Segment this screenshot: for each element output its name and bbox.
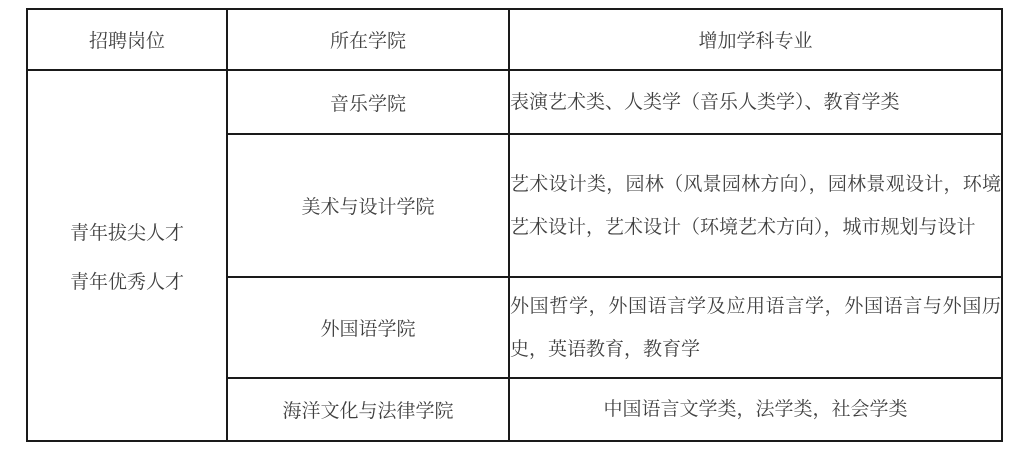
recruitment-table: 招聘岗位 所在学院 增加学科专业 青年拔尖人才 青年优秀人才 音乐学院 表演艺术… [26, 8, 1003, 442]
position-group-cell: 青年拔尖人才 青年优秀人才 [27, 70, 227, 441]
college-cell-foreign-languages: 外国语学院 [227, 277, 509, 378]
header-cell-position: 招聘岗位 [27, 9, 227, 70]
position-line-top-talent: 青年拔尖人才 [28, 218, 226, 245]
college-cell-marine-culture-law: 海洋文化与法律学院 [227, 378, 509, 441]
header-cell-majors: 增加学科专业 [509, 9, 1002, 70]
table-header-row: 招聘岗位 所在学院 增加学科专业 [27, 9, 1002, 70]
majors-cell-art-design: 艺术设计类，园林（风景园林方向），园林景观设计，环境艺术设计，艺术设计（环境艺术… [509, 134, 1002, 277]
table-row: 青年拔尖人才 青年优秀人才 音乐学院 表演艺术类、人类学（音乐人类学）、教育学类 [27, 70, 1002, 134]
position-line-excellent-talent: 青年优秀人才 [28, 267, 226, 294]
majors-cell-marine-culture-law: 中国语言文学类，法学类，社会学类 [509, 378, 1002, 441]
majors-cell-foreign-languages: 外国哲学，外国语言学及应用语言学，外国语言与外国历史，英语教育，教育学 [509, 277, 1002, 378]
college-cell-music: 音乐学院 [227, 70, 509, 134]
header-cell-college: 所在学院 [227, 9, 509, 70]
majors-cell-music: 表演艺术类、人类学（音乐人类学）、教育学类 [509, 70, 1002, 134]
college-cell-art-design: 美术与设计学院 [227, 134, 509, 277]
